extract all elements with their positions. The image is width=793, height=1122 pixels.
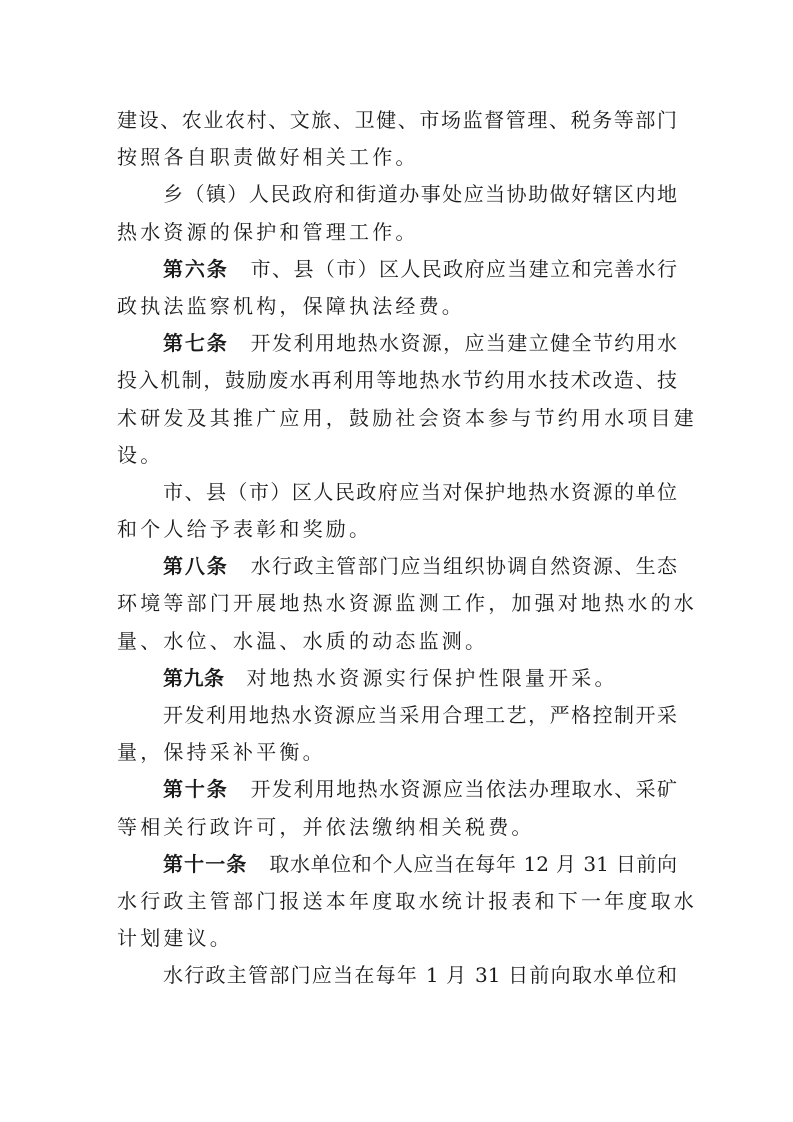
line-text: 量、水位、水温、水质的动态监测。 (117, 629, 488, 653)
article-line: 第十条开发利用地热水资源应当依法办理取水、采矿 (117, 771, 677, 808)
text-line: 环境等部门开展地热水资源监测工作，加强对地热水的水 (117, 585, 677, 622)
text-line: 市、县（市）区人民政府应当对保护地热水资源的单位 (117, 474, 677, 511)
article-heading: 第十一条 (163, 852, 247, 876)
line-text: 市、县（市）区人民政府应当对保护地热水资源的单位 (163, 480, 677, 504)
line-text: 投入机制，鼓励废水再利用等地热水节约用水技术改造、技 (117, 368, 677, 392)
line-text: 水行政主管部门报送本年度取水统计报表和下一年度取水 (117, 889, 697, 913)
line-text: 水行政主管部门应当组织协调自然资源、生态 (251, 554, 677, 578)
article-line: 第八条水行政主管部门应当组织协调自然资源、生态 (117, 548, 677, 585)
article-heading: 第九条 (163, 666, 225, 690)
line-text: 建设、农业农村、文旅、卫健、市场监督管理、税务等部门 (117, 108, 677, 132)
line-text: 量，保持采补平衡。 (117, 740, 326, 764)
document-page: 建设、农业农村、文旅、卫健、市场监督管理、税务等部门按照各自职责做好相关工作。乡… (117, 102, 677, 995)
line-text: 开发利用地热水资源应当采用合理工艺，严格控制开采 (163, 703, 677, 727)
line-text: 政执法监察机构，保障执法经费。 (117, 294, 465, 318)
line-text: 水行政主管部门应当在每年 1 月 31 日前向取水单位和 (163, 963, 677, 987)
line-text: 开发利用地热水资源，应当建立健全节约用水 (251, 331, 677, 355)
text-line: 量，保持采补平衡。 (117, 734, 677, 771)
text-line: 政执法监察机构，保障执法经费。 (117, 288, 677, 325)
line-text: 设。 (117, 443, 163, 467)
text-line: 乡（镇）人民政府和街道办事处应当协助做好辖区内地 (117, 176, 677, 213)
article-heading: 第六条 (163, 257, 229, 281)
line-text: 对地热水资源实行保护性限量开采。 (247, 666, 618, 690)
text-line: 投入机制，鼓励废水再利用等地热水节约用水技术改造、技 (117, 362, 677, 399)
text-line: 热水资源的保护和管理工作。 (117, 214, 677, 251)
article-heading: 第十条 (163, 777, 229, 801)
text-line: 量、水位、水温、水质的动态监测。 (117, 623, 677, 660)
line-text: 环境等部门开展地热水资源监测工作，加强对地热水的水 (117, 591, 697, 615)
line-text: 市、县（市）区人民政府应当建立和完善水行 (251, 257, 677, 281)
article-heading: 第七条 (163, 331, 229, 355)
line-text: 和个人给予表彰和奖励。 (117, 517, 372, 541)
line-text: 取水单位和个人应当在每年 12 月 31 日前向 (269, 852, 677, 876)
text-line: 术研发及其推广应用，鼓励社会资本参与节约用水项目建 (117, 400, 677, 437)
text-line: 按照各自职责做好相关工作。 (117, 139, 677, 176)
line-text: 乡（镇）人民政府和街道办事处应当协助做好辖区内地 (163, 182, 677, 206)
text-line: 和个人给予表彰和奖励。 (117, 511, 677, 548)
text-line: 设。 (117, 437, 677, 474)
text-line: 计划建议。 (117, 920, 677, 957)
text-line: 水行政主管部门应当在每年 1 月 31 日前向取水单位和 (117, 957, 677, 994)
article-line: 第九条对地热水资源实行保护性限量开采。 (117, 660, 677, 697)
line-text: 热水资源的保护和管理工作。 (117, 220, 419, 244)
line-text: 按照各自职责做好相关工作。 (117, 145, 419, 169)
text-line: 建设、农业农村、文旅、卫健、市场监督管理、税务等部门 (117, 102, 677, 139)
article-line: 第十一条取水单位和个人应当在每年 12 月 31 日前向 (117, 846, 677, 883)
article-line: 第七条开发利用地热水资源，应当建立健全节约用水 (117, 325, 677, 362)
line-text: 开发利用地热水资源应当依法办理取水、采矿 (251, 777, 677, 801)
line-text: 计划建议。 (117, 926, 233, 950)
text-line: 开发利用地热水资源应当采用合理工艺，严格控制开采 (117, 697, 677, 734)
article-line: 第六条市、县（市）区人民政府应当建立和完善水行 (117, 251, 677, 288)
line-text: 术研发及其推广应用，鼓励社会资本参与节约用水项目建 (117, 406, 697, 430)
text-line: 水行政主管部门报送本年度取水统计报表和下一年度取水 (117, 883, 677, 920)
article-heading: 第八条 (163, 554, 229, 578)
line-text: 等相关行政许可，并依法缴纳相关税费。 (117, 815, 535, 839)
text-line: 等相关行政许可，并依法缴纳相关税费。 (117, 809, 677, 846)
